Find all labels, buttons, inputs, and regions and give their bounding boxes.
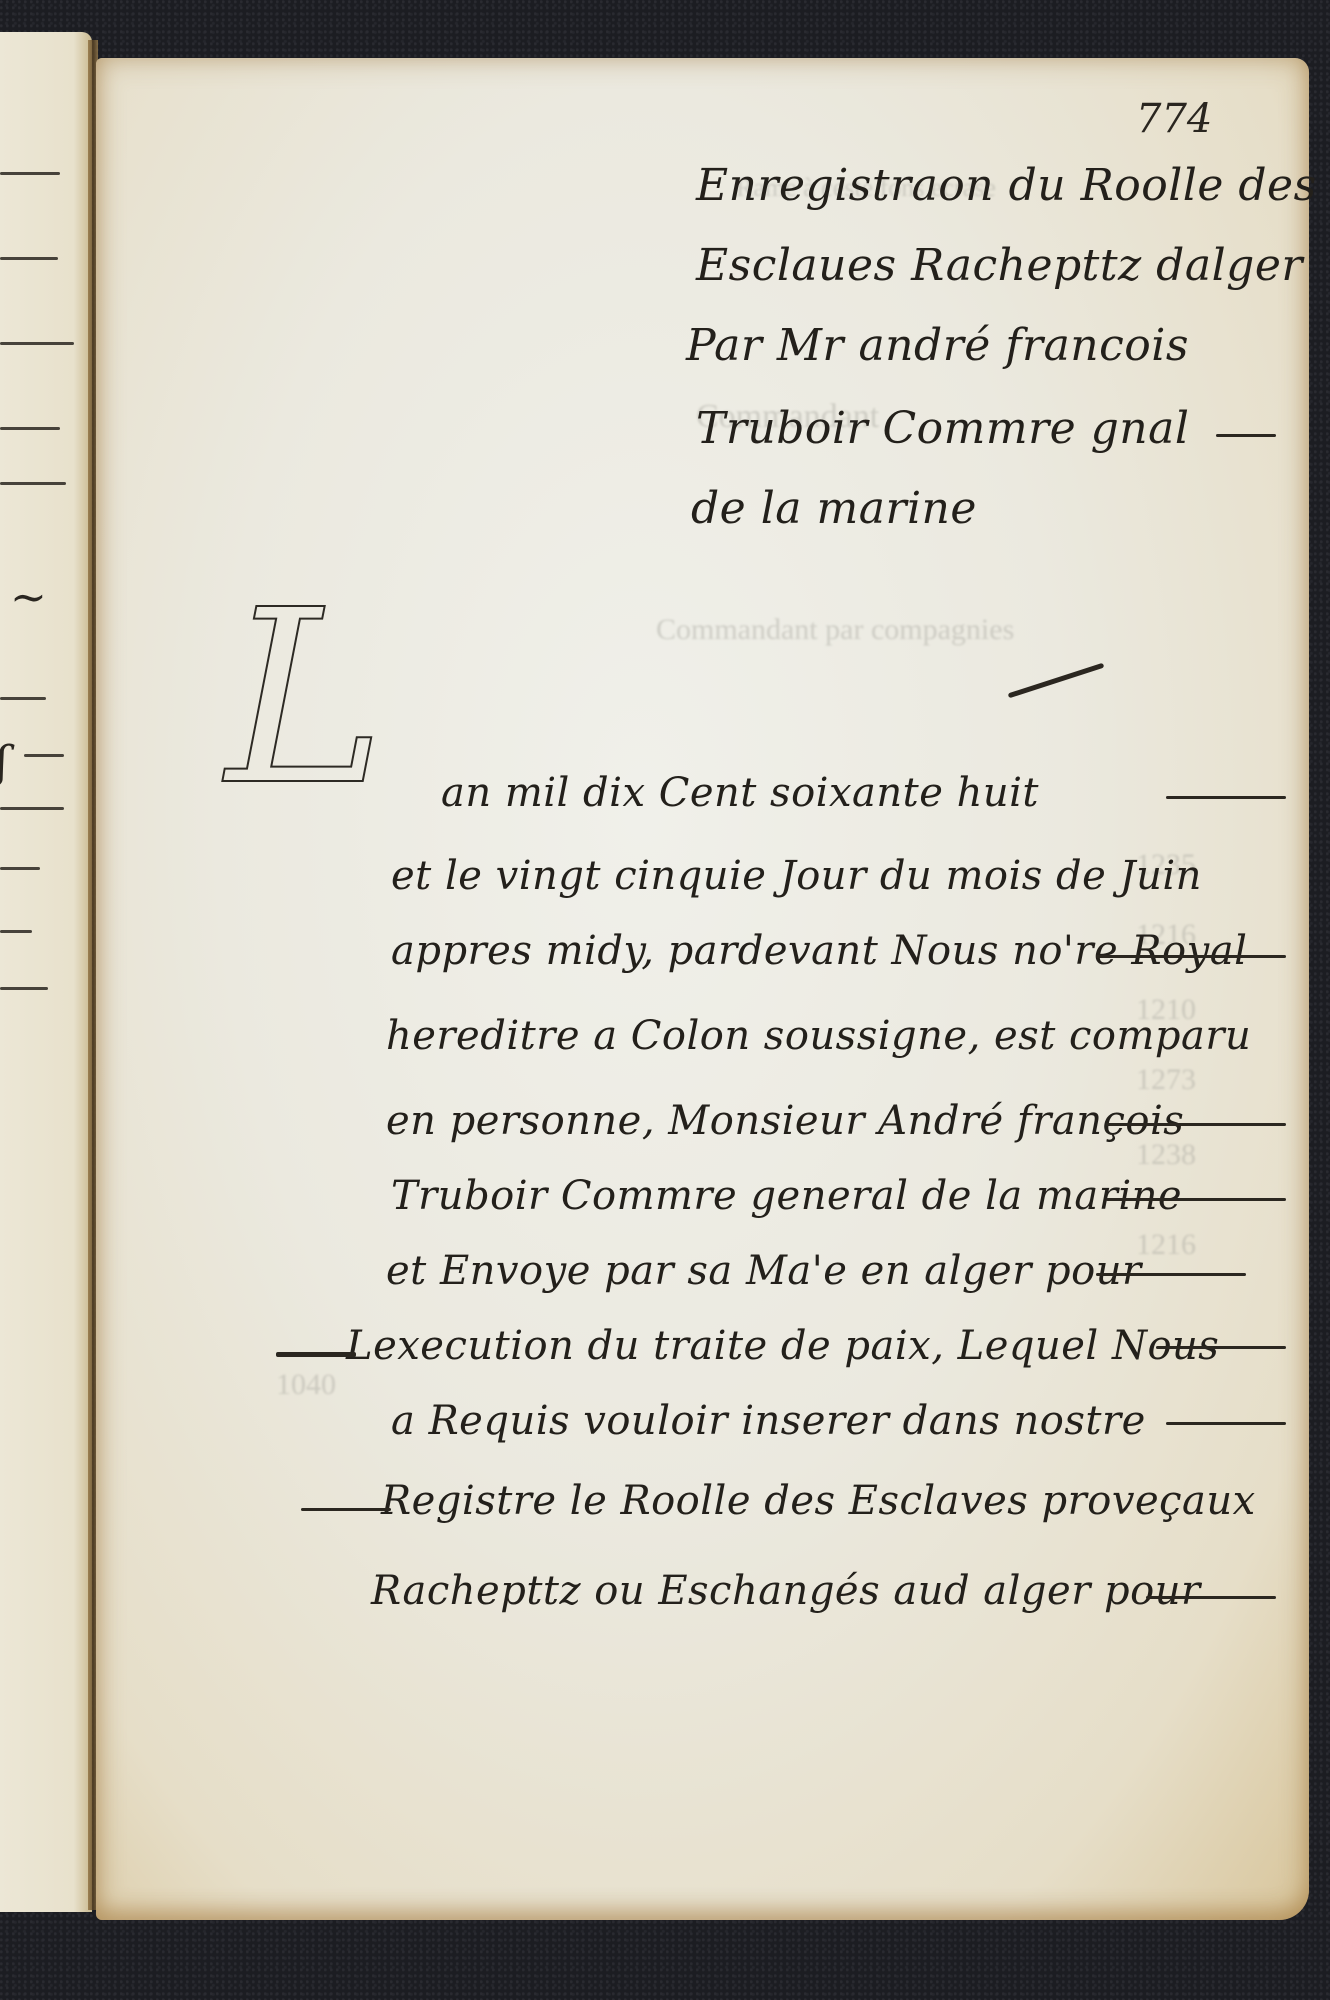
left-line-stroke — [0, 427, 60, 430]
line-filler — [1156, 1346, 1286, 1349]
manuscript-page: Rame à ceste fons ecrase Commandant Comm… — [96, 58, 1309, 1920]
body-line: appres midy, pardevant Nous no're Royal — [391, 928, 1247, 974]
line-filler — [1106, 1198, 1286, 1201]
heading-line-3: Par Mr andré francois — [686, 320, 1189, 371]
body-line: et le vingt cinquie Jour du mois de Juin — [391, 853, 1202, 899]
line-filler — [1216, 434, 1276, 437]
body-line: Truboir Commre general de la marine — [391, 1173, 1182, 1219]
decorative-flourish — [1008, 663, 1105, 699]
body-line: a Requis vouloir inserer dans nostre — [391, 1398, 1146, 1444]
left-line-stroke — [0, 257, 58, 260]
line-filler — [301, 1508, 391, 1511]
body-line: Lexecution du traite de paix, Lequel Nou… — [346, 1323, 1219, 1369]
line-filler — [276, 1352, 356, 1357]
line-filler — [1146, 1596, 1276, 1599]
facing-left-page: ~ ʃ — [0, 32, 92, 1912]
left-line-stroke — [0, 172, 60, 175]
left-curl-fragment: ~ — [10, 572, 47, 623]
left-line-stroke — [0, 342, 74, 345]
left-line-stroke — [0, 987, 48, 990]
line-filler — [1096, 1273, 1246, 1276]
heading-line-5: de la marine — [691, 483, 977, 534]
heading-line-4: Truboir Commre gnal — [696, 403, 1189, 454]
heading-line-1: Enregistraon du Roolle des — [696, 160, 1317, 211]
decorated-initial: L — [226, 578, 385, 818]
left-line-stroke — [0, 697, 46, 700]
line-filler — [1166, 1422, 1286, 1425]
left-line-stroke — [0, 867, 40, 870]
heading-line-2: Esclaues Rachepttz dalger — [696, 240, 1303, 291]
body-line: en personne, Monsieur André françois — [386, 1098, 1184, 1144]
line-filler — [1096, 955, 1286, 958]
left-line-stroke — [24, 754, 64, 757]
left-curl-fragment: ʃ — [0, 737, 8, 788]
line-filler — [1106, 1123, 1286, 1126]
body-line: Rachepttz ou Eschangés aud alger pour — [371, 1568, 1201, 1614]
body-line: Registre le Roolle des Esclaves proveçau… — [381, 1478, 1256, 1524]
line-filler — [1166, 796, 1286, 799]
bleed-through-text: 1040 — [276, 1368, 336, 1402]
left-line-stroke — [0, 807, 64, 810]
bleed-through-text: 1273 — [1136, 1063, 1196, 1097]
body-line: hereditre a Colon soussigne, est comparu — [386, 1013, 1251, 1059]
bleed-through-text: Commandant par compagnies — [656, 613, 1014, 647]
left-line-stroke — [0, 930, 32, 933]
folio-number: 774 — [1136, 96, 1212, 142]
body-line: et Envoye par sa Ma'e en alger pour — [386, 1248, 1142, 1294]
bleed-through-text: 1216 — [1136, 1228, 1196, 1262]
left-line-stroke — [0, 482, 66, 485]
body-line: an mil dix Cent soixante huit — [441, 770, 1039, 816]
